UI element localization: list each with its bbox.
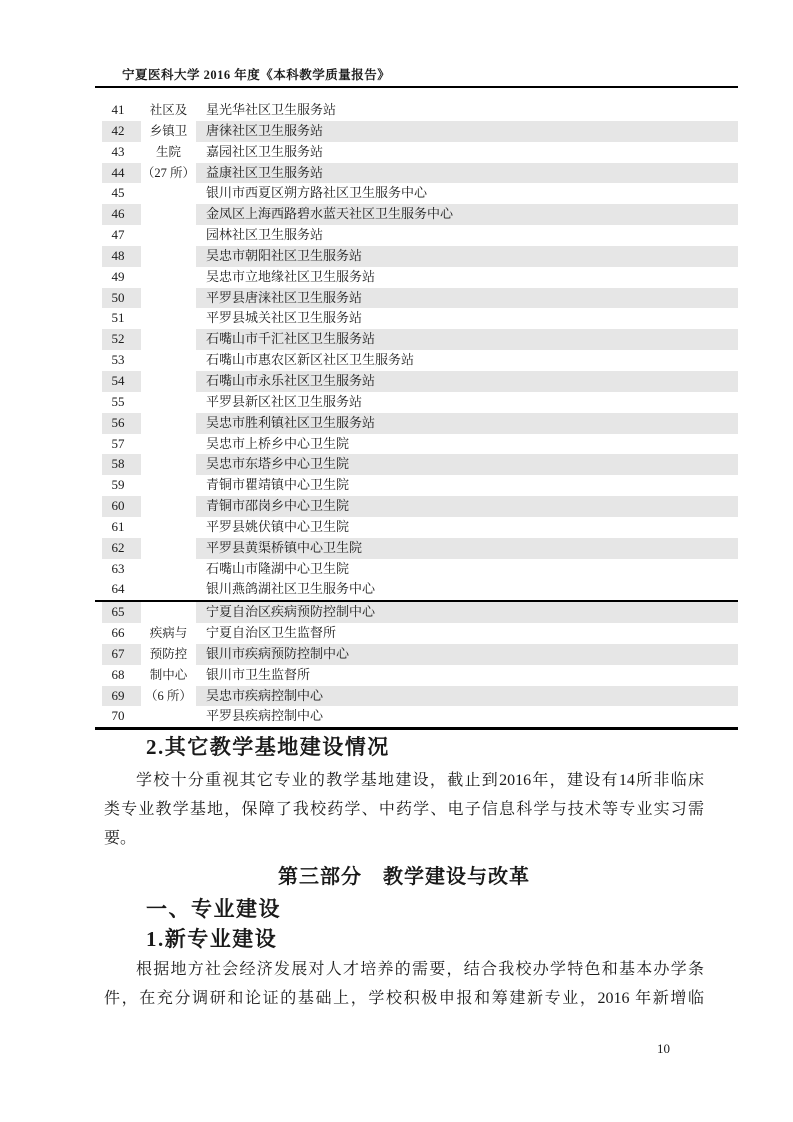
table-row: 66 疾病与 宁夏自治区卫生监督所 bbox=[95, 623, 738, 644]
row-number-cell: 70 bbox=[95, 706, 141, 727]
row-institution-name-cell: 金凤区上海西路碧水蓝天社区卫生服务中心 bbox=[196, 204, 738, 225]
row-institution-name: 嘉园社区卫生服务站 bbox=[206, 144, 323, 159]
row-number: 67 bbox=[112, 646, 125, 661]
row-institution-name-cell: 银川市西夏区朔方路社区卫生服务中心 bbox=[196, 183, 738, 204]
row-institution-name: 石嘴山市永乐社区卫生服务站 bbox=[206, 373, 375, 388]
row-group-label: 乡镇卫 bbox=[150, 124, 188, 138]
row-institution-name-cell: 青铜市邵岗乡中心卫生院 bbox=[196, 496, 738, 517]
row-number: 49 bbox=[112, 269, 125, 284]
row-institution-name: 吴忠市立地缘社区卫生服务站 bbox=[206, 269, 375, 284]
row-group-label-cell bbox=[141, 225, 196, 246]
paragraph-line: 根据地方社会经济发展对人才培养的需要，结合我校办学特色和基本办学条 bbox=[104, 955, 704, 984]
paragraph-line: 类专业教学基地，保障了我校药学、中药学、电子信息科学与技术等专业实习需 bbox=[104, 795, 704, 824]
paragraph-other-teaching-bases: 学校十分重视其它专业的教学基地建设，截止到2016年，建设有14所非临床类专业教… bbox=[104, 766, 704, 853]
row-institution-name: 平罗县姚伏镇中心卫生院 bbox=[206, 519, 349, 534]
row-group-label-cell bbox=[141, 706, 196, 727]
row-group-label: 制中心 bbox=[150, 668, 188, 682]
row-number-cell: 61 bbox=[95, 517, 141, 538]
row-group-label-cell: 社区及 bbox=[141, 100, 196, 121]
row-institution-name: 园林社区卫生服务站 bbox=[206, 227, 323, 242]
row-group-label-cell: （27 所） bbox=[141, 163, 196, 184]
table-row: 59 青铜市瞿靖镇中心卫生院 bbox=[95, 475, 738, 496]
row-number-cell: 60 bbox=[95, 496, 141, 517]
row-group-label-cell: 预防控 bbox=[141, 644, 196, 665]
row-institution-name-cell: 石嘴山市隆湖中心卫生院 bbox=[196, 559, 738, 580]
row-group-label-cell bbox=[141, 538, 196, 559]
row-institution-name: 宁夏自治区卫生监督所 bbox=[206, 625, 336, 640]
table-row: 46 金凤区上海西路碧水蓝天社区卫生服务中心 bbox=[95, 204, 738, 225]
row-institution-name: 平罗县新区社区卫生服务站 bbox=[206, 394, 362, 409]
table-row: 41 社区及 星光华社区卫生服务站 bbox=[95, 100, 738, 121]
table-row: 67 预防控 银川市疾病预防控制中心 bbox=[95, 644, 738, 665]
row-group-label-cell bbox=[141, 267, 196, 288]
row-group-label: 生院 bbox=[156, 145, 181, 159]
row-number-cell: 69 bbox=[95, 686, 141, 707]
row-institution-name-cell: 园林社区卫生服务站 bbox=[196, 225, 738, 246]
table-row: 42 乡镇卫 唐徕社区卫生服务站 bbox=[95, 121, 738, 142]
row-group-label-cell bbox=[141, 183, 196, 204]
row-number-cell: 54 bbox=[95, 371, 141, 392]
section-heading-other-teaching-bases: 2.其它教学基地建设情况 bbox=[146, 731, 390, 761]
row-institution-name-cell: 嘉园社区卫生服务站 bbox=[196, 142, 738, 163]
row-number-cell: 43 bbox=[95, 142, 141, 163]
subsection-heading-major-construction: 一、专业建设 bbox=[146, 893, 281, 923]
row-number-cell: 59 bbox=[95, 475, 141, 496]
row-institution-name: 石嘴山市隆湖中心卫生院 bbox=[206, 561, 349, 576]
row-number-cell: 46 bbox=[95, 204, 141, 225]
document-page: 宁夏医科大学 2016 年度《本科教学质量报告》 41 社区及 星光华社区卫生服… bbox=[0, 0, 793, 1122]
table-row: 65 宁夏自治区疾病预防控制中心 bbox=[95, 600, 738, 623]
row-group-label: 预防控 bbox=[150, 647, 188, 661]
row-institution-name-cell: 吴忠市东塔乡中心卫生院 bbox=[196, 454, 738, 475]
row-number-cell: 47 bbox=[95, 225, 141, 246]
row-number: 42 bbox=[112, 123, 125, 138]
row-group-label-cell bbox=[141, 475, 196, 496]
row-group-label-cell bbox=[141, 350, 196, 371]
row-number-cell: 63 bbox=[95, 559, 141, 580]
table-row: 51 平罗县城关社区卫生服务站 bbox=[95, 308, 738, 329]
table-row: 48 吴忠市朝阳社区卫生服务站 bbox=[95, 246, 738, 267]
row-number-cell: 56 bbox=[95, 413, 141, 434]
row-institution-name-cell: 石嘴山市永乐社区卫生服务站 bbox=[196, 371, 738, 392]
subsection-heading-new-major-construction: 1.新专业建设 bbox=[146, 923, 277, 953]
row-number: 58 bbox=[112, 456, 125, 471]
table-row: 58 吴忠市东塔乡中心卫生院 bbox=[95, 454, 738, 475]
row-number: 62 bbox=[112, 540, 125, 555]
row-number: 70 bbox=[112, 708, 125, 723]
row-group-label-cell: 生院 bbox=[141, 142, 196, 163]
row-institution-name-cell: 平罗县疾病控制中心 bbox=[196, 706, 738, 727]
row-group-label-cell bbox=[141, 579, 196, 600]
table-row: 50 平罗县唐涞社区卫生服务站 bbox=[95, 288, 738, 309]
row-number: 46 bbox=[112, 206, 125, 221]
row-number: 41 bbox=[112, 102, 125, 117]
row-number: 55 bbox=[112, 394, 125, 409]
row-institution-name: 石嘴山市千汇社区卫生服务站 bbox=[206, 331, 375, 346]
row-institution-name-cell: 银川燕鸽湖社区卫生服务中心 bbox=[196, 579, 738, 600]
table-row: 45 银川市西夏区朔方路社区卫生服务中心 bbox=[95, 183, 738, 204]
row-institution-name-cell: 唐徕社区卫生服务站 bbox=[196, 121, 738, 142]
table-row: 69 （6 所） 吴忠市疾病控制中心 bbox=[95, 686, 738, 707]
row-institution-name: 唐徕社区卫生服务站 bbox=[206, 123, 323, 138]
row-group-label-cell bbox=[141, 308, 196, 329]
row-institution-name-cell: 宁夏自治区卫生监督所 bbox=[196, 623, 738, 644]
row-number-cell: 52 bbox=[95, 329, 141, 350]
row-group-label-cell bbox=[141, 602, 196, 623]
row-institution-name: 平罗县城关社区卫生服务站 bbox=[206, 310, 362, 325]
row-institution-name: 银川燕鸽湖社区卫生服务中心 bbox=[206, 581, 375, 596]
row-institution-name-cell: 平罗县姚伏镇中心卫生院 bbox=[196, 517, 738, 538]
header-rule bbox=[95, 86, 738, 88]
row-institution-name-cell: 吴忠市上桥乡中心卫生院 bbox=[196, 434, 738, 455]
paragraph-line: 件，在充分调研和论证的基础上，学校积极申报和筹建新专业，2016 年新增临 bbox=[104, 984, 704, 1013]
row-institution-name-cell: 平罗县城关社区卫生服务站 bbox=[196, 308, 738, 329]
row-group-label: 社区及 bbox=[150, 103, 188, 117]
row-institution-name: 宁夏自治区疾病预防控制中心 bbox=[206, 604, 375, 619]
row-institution-name-cell: 银川市疾病预防控制中心 bbox=[196, 644, 738, 665]
row-number-cell: 58 bbox=[95, 454, 141, 475]
row-number: 43 bbox=[112, 144, 125, 159]
row-number: 60 bbox=[112, 498, 125, 513]
row-institution-name-cell: 平罗县新区社区卫生服务站 bbox=[196, 392, 738, 413]
row-group-label-cell bbox=[141, 496, 196, 517]
row-number-cell: 45 bbox=[95, 183, 141, 204]
table-row: 54 石嘴山市永乐社区卫生服务站 bbox=[95, 371, 738, 392]
row-number-cell: 65 bbox=[95, 602, 141, 623]
row-institution-name: 银川市疾病预防控制中心 bbox=[206, 646, 349, 661]
row-institution-name: 银川市卫生监督所 bbox=[206, 667, 310, 682]
row-group-label-cell bbox=[141, 559, 196, 580]
table-row: 68 制中心 银川市卫生监督所 bbox=[95, 665, 738, 686]
paragraph-line: 要。 bbox=[104, 824, 704, 853]
row-number-cell: 64 bbox=[95, 579, 141, 600]
row-institution-name: 金凤区上海西路碧水蓝天社区卫生服务中心 bbox=[206, 206, 453, 221]
row-institution-name-cell: 宁夏自治区疾病预防控制中心 bbox=[196, 602, 738, 623]
row-institution-name: 平罗县唐涞社区卫生服务站 bbox=[206, 290, 362, 305]
row-number: 68 bbox=[112, 667, 125, 682]
row-number-cell: 57 bbox=[95, 434, 141, 455]
row-institution-name-cell: 吴忠市朝阳社区卫生服务站 bbox=[196, 246, 738, 267]
row-institution-name-cell: 银川市卫生监督所 bbox=[196, 665, 738, 686]
row-institution-name-cell: 平罗县黄渠桥镇中心卫生院 bbox=[196, 538, 738, 559]
row-institution-name: 吴忠市东塔乡中心卫生院 bbox=[206, 456, 349, 471]
row-institution-name: 平罗县黄渠桥镇中心卫生院 bbox=[206, 540, 362, 555]
row-group-label-cell bbox=[141, 246, 196, 267]
row-number-cell: 41 bbox=[95, 100, 141, 121]
row-institution-name-cell: 青铜市瞿靖镇中心卫生院 bbox=[196, 475, 738, 496]
row-number-cell: 55 bbox=[95, 392, 141, 413]
row-institution-name-cell: 石嘴山市惠农区新区社区卫生服务站 bbox=[196, 350, 738, 371]
row-number: 69 bbox=[112, 688, 125, 703]
row-number: 47 bbox=[112, 227, 125, 242]
row-number: 56 bbox=[112, 415, 125, 430]
row-group-label: （27 所） bbox=[142, 166, 195, 180]
table-row: 63 石嘴山市隆湖中心卫生院 bbox=[95, 559, 738, 580]
row-institution-name-cell: 星光华社区卫生服务站 bbox=[196, 100, 738, 121]
table-row: 47 园林社区卫生服务站 bbox=[95, 225, 738, 246]
row-group-label-cell bbox=[141, 371, 196, 392]
paragraph-new-major-construction: 根据地方社会经济发展对人才培养的需要，结合我校办学特色和基本办学条件，在充分调研… bbox=[104, 955, 704, 1013]
row-number-cell: 49 bbox=[95, 267, 141, 288]
row-group-label-cell bbox=[141, 329, 196, 350]
table-row: 56 吴忠市胜利镇社区卫生服务站 bbox=[95, 413, 738, 434]
row-number: 65 bbox=[112, 604, 125, 619]
paragraph-line: 学校十分重视其它专业的教学基地建设，截止到2016年，建设有14所非临床 bbox=[104, 766, 704, 795]
row-group-label-cell: 乡镇卫 bbox=[141, 121, 196, 142]
row-institution-name-cell: 吴忠市疾病控制中心 bbox=[196, 686, 738, 707]
row-number-cell: 66 bbox=[95, 623, 141, 644]
row-institution-name: 银川市西夏区朔方路社区卫生服务中心 bbox=[206, 185, 427, 200]
table-row: 44 （27 所） 益康社区卫生服务站 bbox=[95, 163, 738, 184]
table-row: 55 平罗县新区社区卫生服务站 bbox=[95, 392, 738, 413]
row-number: 61 bbox=[112, 519, 125, 534]
table-row: 43 生院 嘉园社区卫生服务站 bbox=[95, 142, 738, 163]
table-row: 49 吴忠市立地缘社区卫生服务站 bbox=[95, 267, 738, 288]
row-number-cell: 53 bbox=[95, 350, 141, 371]
table-row: 70 平罗县疾病控制中心 bbox=[95, 706, 738, 727]
row-group-label: 疾病与 bbox=[150, 626, 188, 640]
row-number: 51 bbox=[112, 310, 125, 325]
row-number-cell: 67 bbox=[95, 644, 141, 665]
row-institution-name: 青铜市邵岗乡中心卫生院 bbox=[206, 498, 349, 513]
row-number-cell: 51 bbox=[95, 308, 141, 329]
table-row: 64 银川燕鸽湖社区卫生服务中心 bbox=[95, 579, 738, 600]
row-number: 54 bbox=[112, 373, 125, 388]
table-row: 62 平罗县黄渠桥镇中心卫生院 bbox=[95, 538, 738, 559]
row-institution-name: 吴忠市上桥乡中心卫生院 bbox=[206, 436, 349, 451]
row-institution-name-cell: 益康社区卫生服务站 bbox=[196, 163, 738, 184]
row-number: 44 bbox=[112, 165, 125, 180]
table-row: 57 吴忠市上桥乡中心卫生院 bbox=[95, 434, 738, 455]
row-group-label-cell bbox=[141, 204, 196, 225]
row-institution-name: 石嘴山市惠农区新区社区卫生服务站 bbox=[206, 352, 414, 367]
row-institution-name: 吴忠市朝阳社区卫生服务站 bbox=[206, 248, 362, 263]
row-group-label-cell: （6 所） bbox=[141, 686, 196, 707]
row-number: 59 bbox=[112, 477, 125, 492]
row-group-label: （6 所） bbox=[145, 689, 192, 703]
row-number: 52 bbox=[112, 331, 125, 346]
row-number: 50 bbox=[112, 290, 125, 305]
row-number-cell: 50 bbox=[95, 288, 141, 309]
row-group-label-cell bbox=[141, 434, 196, 455]
row-institution-name-cell: 平罗县唐涞社区卫生服务站 bbox=[196, 288, 738, 309]
row-group-label-cell bbox=[141, 288, 196, 309]
row-number-cell: 62 bbox=[95, 538, 141, 559]
row-institution-name-cell: 吴忠市胜利镇社区卫生服务站 bbox=[196, 413, 738, 434]
row-institution-name-cell: 吴忠市立地缘社区卫生服务站 bbox=[196, 267, 738, 288]
row-number: 63 bbox=[112, 561, 125, 576]
row-group-label-cell bbox=[141, 392, 196, 413]
page-number: 10 bbox=[657, 1041, 670, 1057]
row-number: 64 bbox=[112, 581, 125, 596]
row-group-label-cell: 疾病与 bbox=[141, 623, 196, 644]
row-group-label-cell: 制中心 bbox=[141, 665, 196, 686]
table-row: 52 石嘴山市千汇社区卫生服务站 bbox=[95, 329, 738, 350]
row-number-cell: 42 bbox=[95, 121, 141, 142]
row-institution-name: 平罗县疾病控制中心 bbox=[206, 708, 323, 723]
row-group-label-cell bbox=[141, 517, 196, 538]
row-group-label-cell bbox=[141, 413, 196, 434]
row-institution-name: 吴忠市疾病控制中心 bbox=[206, 688, 323, 703]
row-institution-name: 益康社区卫生服务站 bbox=[206, 165, 323, 180]
row-group-label-cell bbox=[141, 454, 196, 475]
row-number-cell: 68 bbox=[95, 665, 141, 686]
row-institution-name: 星光华社区卫生服务站 bbox=[206, 102, 336, 117]
row-number: 45 bbox=[112, 185, 125, 200]
row-number: 53 bbox=[112, 352, 125, 367]
row-number: 57 bbox=[112, 436, 125, 451]
row-institution-name-cell: 石嘴山市千汇社区卫生服务站 bbox=[196, 329, 738, 350]
teaching-bases-table: 41 社区及 星光华社区卫生服务站 42 乡镇卫 唐徕社区卫生服务站 43 生院… bbox=[95, 100, 738, 730]
row-number-cell: 44 bbox=[95, 163, 141, 184]
row-number-cell: 48 bbox=[95, 246, 141, 267]
row-number: 48 bbox=[112, 248, 125, 263]
row-number: 66 bbox=[112, 625, 125, 640]
table-row: 60 青铜市邵岗乡中心卫生院 bbox=[95, 496, 738, 517]
table-row: 61 平罗县姚伏镇中心卫生院 bbox=[95, 517, 738, 538]
row-institution-name: 吴忠市胜利镇社区卫生服务站 bbox=[206, 415, 375, 430]
table-row: 53 石嘴山市惠农区新区社区卫生服务站 bbox=[95, 350, 738, 371]
running-header-title: 宁夏医科大学 2016 年度《本科教学质量报告》 bbox=[122, 65, 390, 83]
row-institution-name: 青铜市瞿靖镇中心卫生院 bbox=[206, 477, 349, 492]
part3-heading: 第三部分 教学建设与改革 bbox=[104, 860, 704, 889]
